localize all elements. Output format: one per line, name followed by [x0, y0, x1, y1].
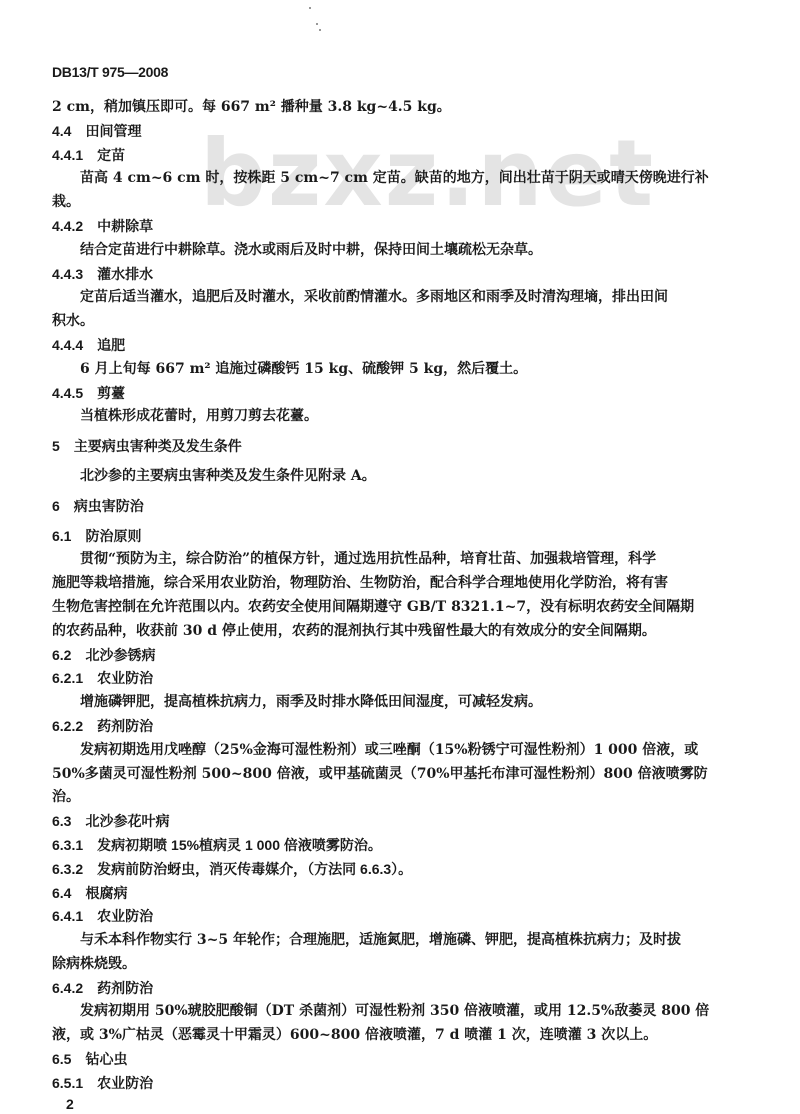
heading-number: 6.4.1	[52, 905, 83, 929]
heading-title: 病虫害防治	[74, 498, 144, 514]
heading-title: 发病初期喷 15%植病灵 1 000 倍液喷雾防治。	[97, 837, 382, 853]
paragraph-line: 结合定苗进行中耕除草。浇水或雨后及时中耕，保持田间土壤疏松无杂草。	[52, 239, 732, 263]
heading-number: 6.2	[52, 644, 71, 668]
subsection-heading: 6.2北沙参锈病	[52, 644, 732, 668]
subsection-heading: 6.3北沙参花叶病	[52, 810, 732, 834]
heading-title: 农业防治	[97, 908, 153, 924]
paragraph-line: 6 月上旬每 667 m² 追施过磷酸钙 15 kg、硫酸钾 5 kg，然后覆土…	[52, 358, 732, 382]
subsection-heading: 4.4.2中耕除草	[52, 215, 732, 239]
heading-number: 4.4.5	[52, 382, 83, 406]
heading-title: 北沙参锈病	[85, 647, 155, 663]
paragraph-line: 增施磷钾肥，提高植株抗病力，雨季及时排水降低田间湿度，可减轻发病。	[52, 691, 732, 715]
subsection-heading: 6.2.2药剂防治	[52, 715, 732, 739]
paragraph-continuation: 治。	[52, 786, 732, 810]
heading-title: 防治原则	[85, 528, 141, 544]
paragraph-continuation: 2 cm，稍加镇压即可。每 667 m² 播种量 3.8 kg~4.5 kg。	[52, 96, 732, 120]
document-code: DB13/T 975—2008	[52, 64, 168, 80]
heading-title: 钻心虫	[85, 1051, 127, 1067]
heading-number: 4.4.1	[52, 144, 83, 168]
heading-number: 6	[52, 495, 60, 519]
heading-number: 4.4.3	[52, 263, 83, 287]
heading-number: 6.2.2	[52, 715, 83, 739]
paragraph-line: 北沙参的主要病虫害种类及发生条件见附录 A。	[52, 465, 732, 489]
subsection-heading: 6.3.1发病初期喷 15%植病灵 1 000 倍液喷雾防治。	[52, 834, 732, 858]
subsection-heading: 6.5钻心虫	[52, 1048, 732, 1072]
heading-title: 根腐病	[85, 885, 127, 901]
heading-number: 6.4.2	[52, 977, 83, 1001]
scan-speck	[316, 23, 318, 25]
heading-title: 农业防治	[97, 1075, 153, 1091]
paragraph-line: 与禾本科作物实行 3~5 年轮作；合理施肥，适施氮肥，增施磷、钾肥，提高植株抗病…	[52, 929, 732, 953]
heading-number: 6.5	[52, 1048, 71, 1072]
paragraph-line: 定苗后适当灌水，追肥后及时灌水，采收前酌情灌水。多雨地区和雨季及时清沟理墒，排出…	[52, 286, 732, 310]
subsection-heading: 4.4.3灌水排水	[52, 263, 732, 287]
section-heading: 6病虫害防治	[52, 495, 732, 519]
paragraph-line: 当植株形成花蕾时，用剪刀剪去花薹。	[52, 405, 732, 429]
heading-title: 药剂防治	[97, 980, 153, 996]
paragraph-continuation: 栽。	[52, 191, 732, 215]
paragraph-continuation: 积水。	[52, 310, 732, 334]
scan-speck	[309, 7, 311, 9]
section-heading: 5主要病虫害种类及发生条件	[52, 435, 732, 459]
paragraph-continuation: 的农药品种，收获前 30 d 停止使用，农药的混剂执行其中残留性最大的有效成分的…	[52, 620, 732, 644]
paragraph-line: 苗高 4 cm~6 cm 时，按株距 5 cm~7 cm 定苗。缺苗的地方，间出…	[52, 167, 732, 191]
heading-title: 灌水排水	[97, 266, 153, 282]
paragraph-line: 贯彻“预防为主，综合防治”的植保方针，通过选用抗性品种，培育壮苗、加强栽培管理，…	[52, 548, 732, 572]
heading-number: 6.3	[52, 810, 71, 834]
heading-title: 农业防治	[97, 670, 153, 686]
subsection-heading: 4.4.4追肥	[52, 334, 732, 358]
page-number: 2	[66, 1096, 74, 1112]
heading-title: 中耕除草	[97, 218, 153, 234]
subsection-heading: 6.4根腐病	[52, 882, 732, 906]
heading-title: 主要病虫害种类及发生条件	[74, 438, 242, 454]
paragraph-line: 发病初期用 50%琥胶肥酸铜（DT 杀菌剂）可湿性粉剂 350 倍液喷灌，或用 …	[52, 1000, 732, 1024]
subsection-heading: 6.3.2发病前防治蚜虫，消灭传毒媒介，（方法同 6.6.3）。	[52, 858, 732, 882]
subsection-heading: 4.4.1定苗	[52, 144, 732, 168]
subsection-heading: 6.2.1农业防治	[52, 667, 732, 691]
subsection-heading: 6.4.2药剂防治	[52, 977, 732, 1001]
heading-title: 剪薹	[97, 385, 125, 401]
heading-title: 发病前防治蚜虫，消灭传毒媒介，（方法同 6.6.3）。	[97, 861, 412, 877]
subsection-heading: 6.1防治原则	[52, 525, 732, 549]
heading-number: 6.2.1	[52, 667, 83, 691]
paragraph-continuation: 除病株烧毁。	[52, 953, 732, 977]
paragraph-continuation: 50%多菌灵可湿性粉剂 500~800 倍液，或甲基硫菌灵（70%甲基托布津可湿…	[52, 763, 732, 787]
heading-title: 药剂防治	[97, 718, 153, 734]
paragraph-line: 发病初期选用戊唑醇（25%金海可湿性粉剂）或三唑酮（15%粉锈宁可湿性粉剂）1 …	[52, 739, 732, 763]
heading-number: 4.4	[52, 120, 71, 144]
subsection-heading: 6.5.1农业防治	[52, 1072, 732, 1096]
heading-number: 4.4.2	[52, 215, 83, 239]
heading-title: 定苗	[97, 147, 125, 163]
subsection-heading: 4.4田间管理	[52, 120, 732, 144]
heading-number: 4.4.4	[52, 334, 83, 358]
heading-number: 6.3.1	[52, 834, 83, 858]
paragraph-continuation: 生物危害控制在允许范围以内。农药安全使用间隔期遵守 GB/T 8321.1~7，…	[52, 596, 732, 620]
subsection-heading: 6.4.1农业防治	[52, 905, 732, 929]
heading-number: 6.1	[52, 525, 71, 549]
paragraph-continuation: 液，或 3%广枯灵（恶霉灵十甲霜灵）600~800 倍液喷灌，7 d 喷灌 1 …	[52, 1024, 732, 1048]
heading-title: 北沙参花叶病	[85, 813, 169, 829]
heading-number: 6.4	[52, 882, 71, 906]
paragraph-continuation: 施肥等栽培措施，综合采用农业防治，物理防治、生物防治，配合科学合理地使用化学防治…	[52, 572, 732, 596]
heading-number: 6.5.1	[52, 1072, 83, 1096]
scan-speck	[319, 29, 321, 31]
heading-number: 6.3.2	[52, 858, 83, 882]
document-body: 2 cm，稍加镇压即可。每 667 m² 播种量 3.8 kg~4.5 kg。4…	[52, 96, 732, 1096]
heading-number: 5	[52, 435, 60, 459]
subsection-heading: 4.4.5剪薹	[52, 382, 732, 406]
heading-title: 追肥	[97, 337, 125, 353]
document-page: DB13/T 975—2008 2 cm，稍加镇压即可。每 667 m² 播种量…	[0, 0, 800, 1114]
heading-title: 田间管理	[85, 123, 141, 139]
